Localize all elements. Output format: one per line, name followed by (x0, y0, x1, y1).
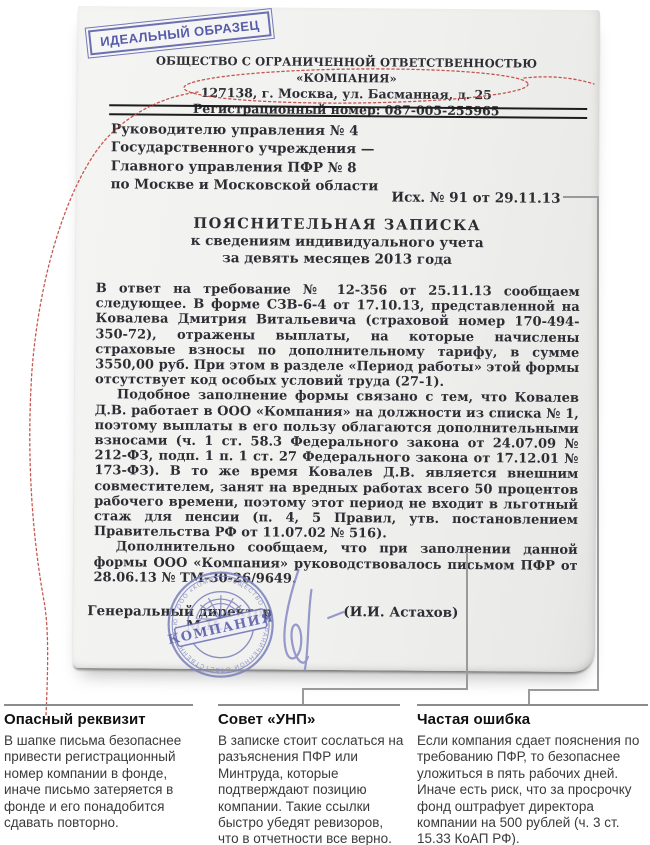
annotation-divider-3 (417, 704, 648, 706)
title-line: за девять месяцев 2013 года (76, 249, 598, 270)
annotation-text: В шапке письма безопаснее привести регис… (4, 733, 202, 831)
callout-line-ref-top (563, 196, 599, 198)
callout-line-ref-right (597, 196, 599, 691)
callout-line-letter-drop (466, 552, 468, 690)
annotation-divider-2 (218, 704, 400, 706)
company-name: ОБЩЕСТВО С ОГРАНИЧЕННОЙ ОТВЕТСТВЕННОСТЬЮ… (105, 52, 587, 88)
ideal-sample-stamp-label: ИДЕАЛЬНЫЙ ОБРАЗЕЦ (88, 11, 271, 55)
callout-line-ref-bottom (528, 689, 599, 691)
recipient-line: Главного управления ПФР № 8 (111, 157, 379, 178)
annotation-text: Если компания сдает пояснения по требова… (417, 733, 650, 845)
recipient-line: Государственного учреждения — (111, 139, 379, 160)
annotation-title: Частая ошибка (417, 711, 650, 728)
annotation-column-unp-advice: Совет «УНП» В записке стоит сослаться на… (218, 711, 404, 845)
outgoing-reference: Исх. № 91 от 29.11.13 (391, 189, 560, 206)
annotation-text: В записке стоит сослаться на разъяснения… (218, 733, 404, 845)
recipient-line: по Москве и Московской области (111, 175, 379, 196)
letter-sheet: ИДЕАЛЬНЫЙ ОБРАЗЕЦ ОБЩЕСТВО С ОГРАНИЧЕННО… (73, 6, 600, 672)
ideal-sample-stamp: ИДЕАЛЬНЫЙ ОБРАЗЕЦ (85, 8, 275, 59)
letterhead-divider (109, 104, 587, 119)
annotation-divider-1 (4, 704, 193, 706)
magazine-page: ИДЕАЛЬНЫЙ ОБРАЗЕЦ ОБЩЕСТВО С ОГРАНИЧЕННО… (0, 0, 650, 845)
callout-line-letter-bottom (302, 688, 468, 690)
letter-title: ПОЯСНИТЕЛЬНАЯ ЗАПИСКА к сведениям индиви… (76, 214, 598, 270)
body-paragraph: Подобное заполнение формы связано с тем,… (94, 388, 579, 544)
recipient-line: Руководителю управления № 4 (111, 120, 379, 141)
signature-icon (258, 563, 429, 684)
body-paragraph: В ответ на требование № 12-356 от 25.11.… (95, 281, 580, 391)
annotation-title: Опасный реквизит (4, 711, 202, 728)
annotation-title: Совет «УНП» (218, 711, 404, 728)
annotation-column-common-mistake: Частая ошибка Если компания сдает поясне… (417, 711, 650, 845)
recipient-block: Руководителю управления № 4 Государствен… (111, 120, 379, 196)
letter-body: В ответ на требование № 12-356 от 25.11.… (93, 281, 579, 589)
annotation-column-dangerous-detail: Опасный реквизит В шапке письма безопасн… (4, 711, 202, 831)
